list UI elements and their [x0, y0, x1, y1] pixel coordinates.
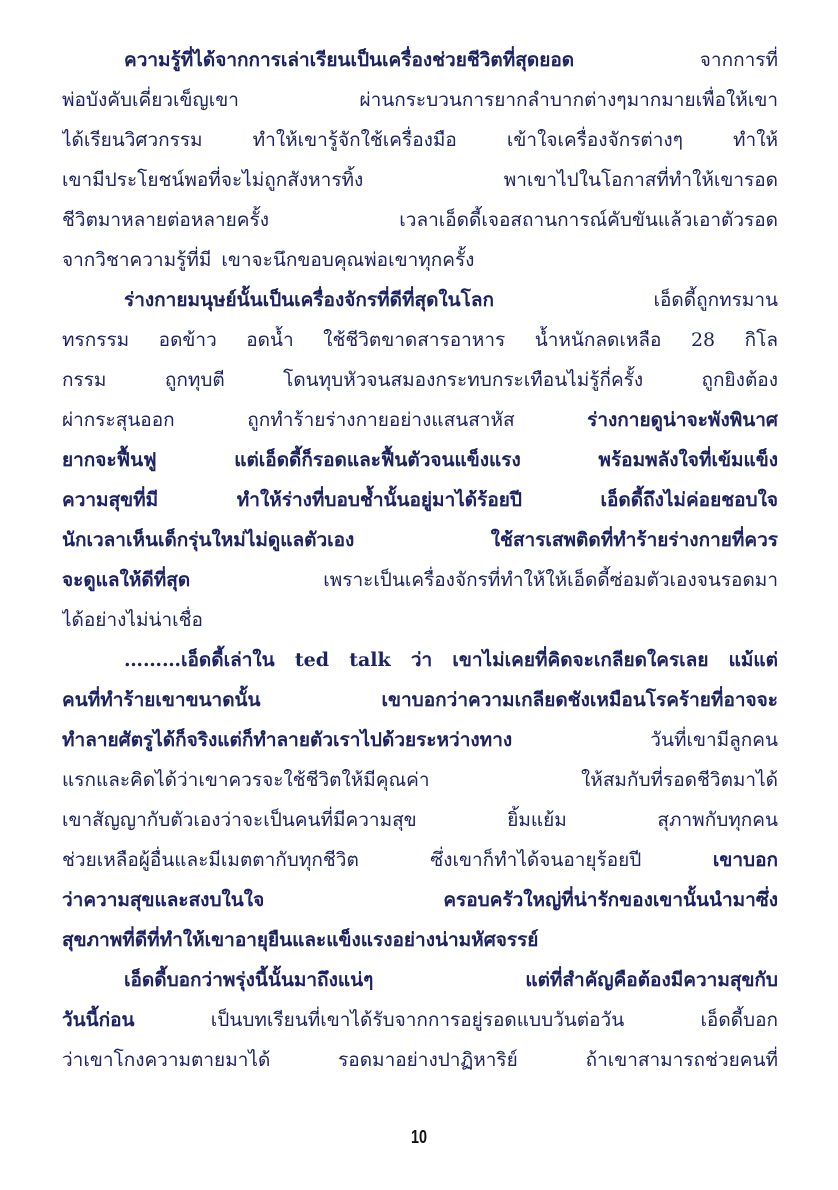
text: ผ่านกระบวนการยากลำบากต่างๆมากมายเพื่อให้… — [359, 80, 778, 120]
text-line: จากวิชาความรู้ที่มีเขาจะนึกขอบคุณพ่อเขาท… — [62, 240, 778, 280]
text: สุภาพกับทุกคน — [657, 800, 778, 840]
text-line: ยากจะฟื้นฟูแต่เอ็ดดี้ก็รอดและฟื้นตัวจนแข… — [62, 440, 778, 480]
text: ว่าเขาโกงความตายมาได้ — [62, 1040, 270, 1080]
text: ให้สมกับที่รอดชีวิตมาได้ — [581, 760, 778, 800]
text: จากวิชาความรู้ที่มี — [62, 240, 211, 280]
bold-text: ความสุขที่มี — [62, 480, 158, 520]
bold-text: ร่างกายมนุษย์นั้นเป็นเครื่องจักรที่ดีที่… — [124, 280, 494, 320]
text-line: ได้อย่างไม่น่าเชื่อ — [62, 600, 778, 640]
text: กรรม — [62, 360, 106, 400]
bold-text: ครอบครัวใหญ่ที่น่ารักของเขานั้นนำมาซึ่ง — [443, 880, 778, 920]
text: อดน้ำ — [246, 320, 293, 360]
text: เอ็ดดี้บอก — [700, 1000, 778, 1040]
text-line: ทำลายศัตรูได้ก็จริงแต่ก็ทำลายตัวเราไปด้ว… — [62, 720, 778, 760]
bold-text: เอ็ดดี้บอกว่าพรุ่งนี้นั้นมาถึงแน่ๆ — [124, 960, 373, 1000]
text: ช่วยเหลือผู้อื่นและมีเมตตากับทุกชีวิต — [62, 840, 359, 880]
text: ถูกทุบตี — [165, 360, 225, 400]
text: แรกและคิดได้ว่าเขาควรจะใช้ชีวิตให้มีคุณค… — [62, 760, 430, 800]
text: เขาจะนึกขอบคุณพ่อเขาทุกครั้ง — [221, 240, 474, 280]
text: ได้อย่างไม่น่าเชื่อ — [62, 600, 203, 640]
text: ผ่ากระสุนออก — [62, 400, 175, 440]
text: ทำให้เขารู้จักใช้เครื่องมือ — [253, 120, 457, 160]
text: 28 — [691, 320, 715, 360]
text: เขาสัญญากับตัวเองว่าจะเป็นคนที่มีความสุข — [62, 800, 417, 840]
bold-text: ทำให้ร่างที่บอบช้ำนั้นอยู่มาได้ร้อยปี — [237, 480, 522, 520]
text: ทรกรรม — [62, 320, 129, 360]
text: ใช้ชีวิตขาดสารอาหาร — [323, 320, 505, 360]
text-line: เขาสัญญากับตัวเองว่าจะเป็นคนที่มีความสุข… — [62, 800, 778, 840]
bold-text: สุขภาพที่ดีที่ทำให้เขาอายุยืนและแข็งแรงอ… — [62, 920, 538, 960]
text: พาเขาไปในโอกาสที่ทำให้เขารอด — [504, 160, 778, 200]
bold-text: แม้แต่ — [729, 640, 778, 680]
text-line: คนที่ทำร้ายเขาขนาดนั้นเขาบอกว่าความเกลีย… — [62, 680, 778, 720]
text: เวลาเอ็ดดี้เจอสถานการณ์คับขันแล้วเอาตัวร… — [399, 200, 778, 240]
bold-text: เอ็ดดี้ถึงไม่ค่อยชอบใจ — [601, 480, 778, 520]
text-line: ช่วยเหลือผู้อื่นและมีเมตตากับทุกชีวิตซึ่… — [62, 840, 778, 880]
text-line: วันนี้ก่อนเป็นบทเรียนที่เขาได้รับจากการอ… — [62, 1000, 778, 1040]
bold-text: ted — [295, 640, 329, 680]
text: เพราะเป็นเครื่องจักรที่ทำให้ให้เอ็ดดี้ซ่… — [323, 560, 778, 600]
text-line: เขามีประโยชน์พอที่จะไม่ถูกสังหารทิ้งพาเข… — [62, 160, 778, 200]
text: ยิ้มแย้ม — [507, 800, 567, 840]
text-line: แรกและคิดได้ว่าเขาควรจะใช้ชีวิตให้มีคุณค… — [62, 760, 778, 800]
bold-text: ยากจะฟื้นฟู — [62, 440, 157, 480]
document-page: ความรู้ที่ได้จากการเล่าเรียนเป็นเครื่องช… — [0, 0, 838, 1190]
text: ซึ่งเขาก็ทำได้จนอายุร้อยปี — [430, 840, 641, 880]
text: เอ็ดดี้ถูกทรมาน — [653, 280, 778, 320]
bold-text: แต่เอ็ดดี้ก็รอดและฟื้นตัวจนแข็งแรง — [234, 440, 521, 480]
text-line: จะดูแลให้ดีที่สุดเพราะเป็นเครื่องจักรที่… — [62, 560, 778, 600]
text: อดข้าว — [159, 320, 217, 360]
text-line: ความสุขที่มีทำให้ร่างที่บอบช้ำนั้นอยู่มา… — [62, 480, 778, 520]
text: วันที่เขามีลูกคน — [650, 720, 778, 760]
bold-text: ร่างกายดูน่าจะพังพินาศ — [587, 400, 778, 440]
text: เขามีประโยชน์พอที่จะไม่ถูกสังหารทิ้ง — [62, 160, 363, 200]
bold-text: ใช้สารเสพติดที่ทำร้ายร่างกายที่ควร — [491, 520, 778, 560]
page-number: 10 — [84, 1127, 754, 1148]
text: เป็นบทเรียนที่เขาได้รับจากการอยู่รอดแบบว… — [211, 1000, 624, 1040]
text: ถูกทำร้ายร่างกายอย่างแสนสาหัส — [247, 400, 514, 440]
text-line: ………เอ็ดดี้เล่าในtedtalkว่าเขาไม่เคยที่คิ… — [62, 640, 778, 680]
bold-text: วันนี้ก่อน — [62, 1000, 135, 1040]
text: พ่อบังคับเคี่ยวเข็ญเขา — [62, 80, 239, 120]
bold-text: จะดูแลให้ดีที่สุด — [62, 560, 190, 600]
text: จากการที่ — [700, 40, 778, 80]
body-text: ความรู้ที่ได้จากการเล่าเรียนเป็นเครื่องช… — [62, 40, 778, 1080]
text: ทำให้ — [733, 120, 778, 160]
bold-text: ว่า — [411, 640, 432, 680]
text-line: พ่อบังคับเคี่ยวเข็ญเขาผ่านกระบวนการยากลำ… — [62, 80, 778, 120]
text: ถ้าเขาสามารถช่วยคนที่ — [586, 1040, 778, 1080]
text: น้ำหนักลดเหลือ — [535, 320, 662, 360]
text: เข้าใจเครื่องจักรต่างๆ — [507, 120, 683, 160]
text: ถูกยิงต้อง — [702, 360, 778, 400]
text-line: นักเวลาเห็นเด็กรุ่นใหม่ไม่ดูแลตัวเองใช้ส… — [62, 520, 778, 560]
text-line: ชีวิตมาหลายต่อหลายครั้งเวลาเอ็ดดี้เจอสถา… — [62, 200, 778, 240]
text-line: เอ็ดดี้บอกว่าพรุ่งนี้นั้นมาถึงแน่ๆแต่ที่… — [62, 960, 778, 1000]
text-line: ว่าเขาโกงความตายมาได้รอดมาอย่างปาฏิหาริย… — [62, 1040, 778, 1080]
bold-text: คนที่ทำร้ายเขาขนาดนั้น — [62, 680, 261, 720]
text: ชีวิตมาหลายต่อหลายครั้ง — [62, 200, 269, 240]
text-line: ความรู้ที่ได้จากการเล่าเรียนเป็นเครื่องช… — [62, 40, 778, 80]
text-line: ว่าความสุขและสงบในใจครอบครัวใหญ่ที่น่ารั… — [62, 880, 778, 920]
bold-text: talk — [349, 640, 390, 680]
bold-text: แต่ที่สำคัญคือต้องมีความสุขกับ — [525, 960, 778, 1000]
text-line: สุขภาพที่ดีที่ทำให้เขาอายุยืนและแข็งแรงอ… — [62, 920, 778, 960]
bold-text: พร้อมพลังใจที่เข้มแข็ง — [598, 440, 778, 480]
bold-text: ว่าความสุขและสงบในใจ — [62, 880, 264, 920]
bold-text: เขาบอก — [713, 840, 778, 880]
text-line: กรรมถูกทุบตีโดนทุบหัวจนสมองกระทบกระเทือน… — [62, 360, 778, 400]
bold-text: ทำลายศัตรูได้ก็จริงแต่ก็ทำลายตัวเราไปด้ว… — [62, 720, 512, 760]
bold-text: เขาบอกว่าความเกลียดชังเหมือนโรคร้ายที่อา… — [382, 680, 778, 720]
text-line: ได้เรียนวิศวกรรมทำให้เขารู้จักใช้เครื่อง… — [62, 120, 778, 160]
text: โดนทุบหัวจนสมองกระทบกระเทือนไม่รู้กี่ครั… — [283, 360, 643, 400]
bold-text: นักเวลาเห็นเด็กรุ่นใหม่ไม่ดูแลตัวเอง — [62, 520, 354, 560]
text: กิโล — [745, 320, 778, 360]
text: รอดมาอย่างปาฏิหาริย์ — [338, 1040, 518, 1080]
text: ได้เรียนวิศวกรรม — [62, 120, 203, 160]
bold-text: ความรู้ที่ได้จากการเล่าเรียนเป็นเครื่องช… — [124, 40, 574, 80]
text-line: ร่างกายมนุษย์นั้นเป็นเครื่องจักรที่ดีที่… — [62, 280, 778, 320]
bold-text: ………เอ็ดดี้เล่าใน — [124, 640, 275, 680]
bold-text: เขาไม่เคยที่คิดจะเกลียดใครเลย — [452, 640, 708, 680]
text-line: ทรกรรมอดข้าวอดน้ำใช้ชีวิตขาดสารอาหารน้ำห… — [62, 320, 778, 360]
text-line: ผ่ากระสุนออกถูกทำร้ายร่างกายอย่างแสนสาหั… — [62, 400, 778, 440]
